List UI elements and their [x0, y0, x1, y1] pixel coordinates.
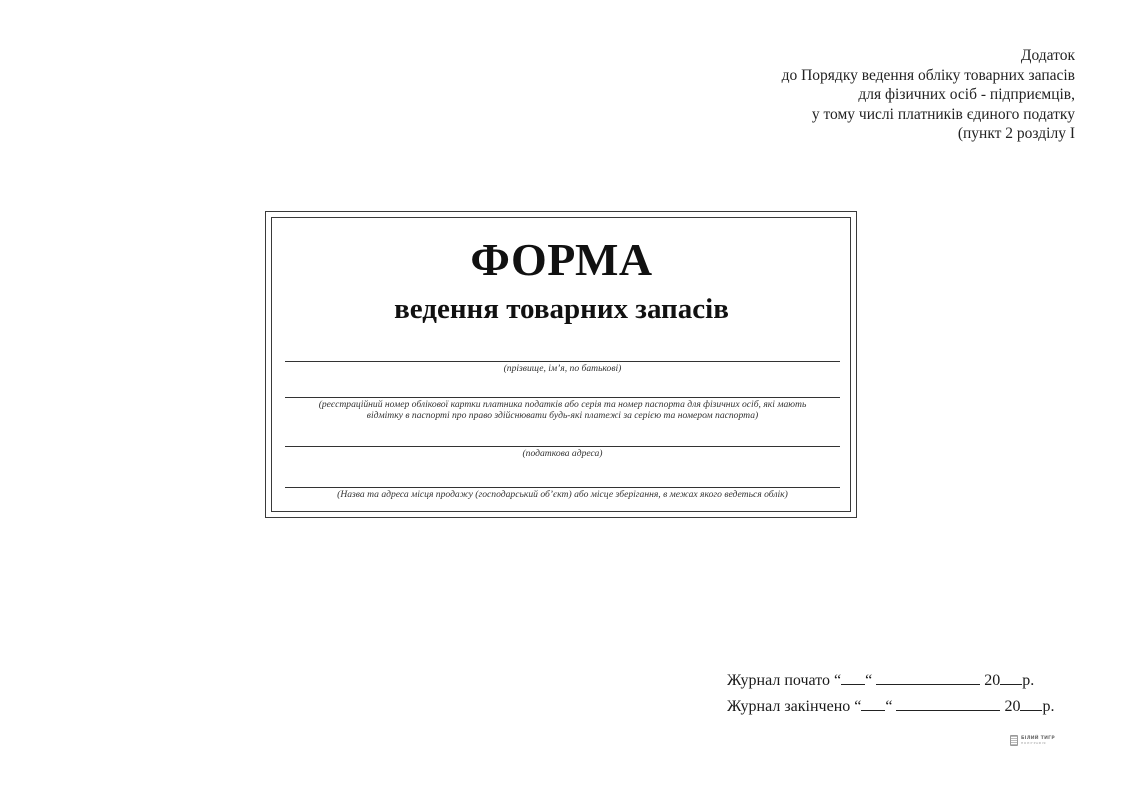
journal-finished-label: Журнал закінчено “ — [727, 698, 861, 715]
journal-finished-day-field[interactable] — [861, 697, 885, 711]
appendix-note: Додаток до Порядку ведення обліку товарн… — [782, 46, 1075, 144]
journal-started-month-field[interactable] — [876, 671, 980, 685]
publisher-logo: БІЛИЙ ТИГР ПОЛІГРАФІЯ — [1010, 735, 1055, 746]
journal-finished-century: 20 — [1004, 698, 1020, 715]
year-suffix: р. — [1022, 672, 1034, 689]
tax-id-field[interactable] — [285, 397, 840, 398]
appendix-line: до Порядку ведення обліку товарних запас… — [782, 66, 1075, 86]
quote-close: “ — [865, 672, 872, 689]
form-subtitle: ведення товарних запасів — [271, 290, 852, 328]
journal-started-day-field[interactable] — [841, 671, 865, 685]
publisher-tagline: ПОЛІГРАФІЯ — [1021, 741, 1055, 745]
journal-started-year-field[interactable] — [1000, 671, 1022, 685]
journal-finished-month-field[interactable] — [896, 697, 1000, 711]
form-title: ФОРМА — [271, 232, 852, 288]
journal-finished-year-field[interactable] — [1020, 697, 1042, 711]
tax-id-caption: (реєстраційний номер облікової картки пл… — [285, 399, 840, 421]
appendix-line: у тому числі платників єдиного податку — [782, 105, 1075, 125]
tax-address-field[interactable] — [285, 446, 840, 447]
tiger-logo-icon — [1010, 735, 1018, 746]
full-name-field[interactable] — [285, 361, 840, 362]
tax-address-caption: (податкова адреса) — [285, 448, 840, 459]
journal-started-century: 20 — [984, 672, 1000, 689]
journal-started-label: Журнал почато “ — [727, 672, 841, 689]
sale-location-caption: (Назва та адреса місця продажу (господар… — [285, 489, 840, 500]
journal-started-row: Журнал почато ““ 20р. — [727, 671, 1034, 691]
appendix-line: для фізичних осіб - підприємців, — [782, 85, 1075, 105]
appendix-line: (пункт 2 розділу I — [782, 124, 1075, 144]
full-name-caption: (прізвище, ім’я, по батькові) — [285, 363, 840, 374]
tax-id-caption-line: відмітку в паспорті про право здійснюват… — [285, 410, 840, 421]
year-suffix: р. — [1042, 698, 1054, 715]
journal-finished-row: Журнал закінчено ““ 20р. — [727, 697, 1054, 717]
sale-location-field[interactable] — [285, 487, 840, 488]
quote-close: “ — [885, 698, 892, 715]
publisher-text: БІЛИЙ ТИГР ПОЛІГРАФІЯ — [1021, 737, 1055, 745]
tax-id-caption-line: (реєстраційний номер облікової картки пл… — [285, 399, 840, 410]
appendix-line: Додаток — [782, 46, 1075, 66]
